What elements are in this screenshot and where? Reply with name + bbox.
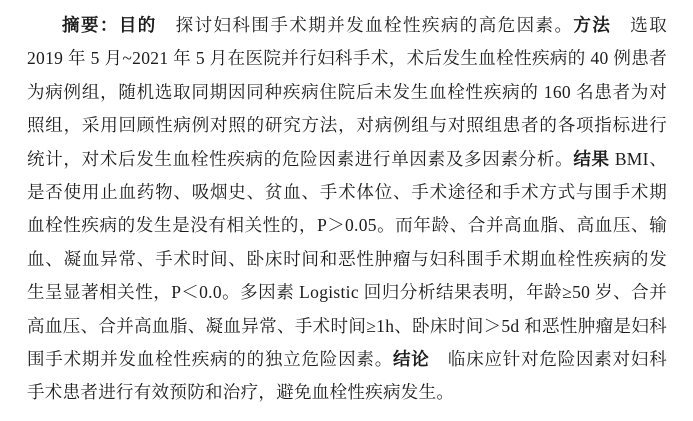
abstract-text: 探讨妇科围手术期并发血栓性疾病的高危因素。 [157, 15, 574, 35]
abstract-page: 摘要：目的 探讨妇科围手术期并发血栓性疾病的高危因素。方法 选取 2019 年 … [0, 0, 693, 421]
section-heading: 结论 [393, 349, 430, 369]
abstract-text: BMI、是否使用止血药物、吸烟史、贫血、手术体位、手术途径和手术方式与围手术期血… [27, 149, 667, 369]
section-heading: 方法 [573, 15, 611, 35]
section-heading: 结果 [573, 149, 609, 169]
section-heading: 摘要：目的 [62, 15, 157, 35]
abstract-paragraph: 摘要：目的 探讨妇科围手术期并发血栓性疾病的高危因素。方法 选取 2019 年 … [27, 9, 667, 410]
abstract-text: 选取 2019 年 5 月~2021 年 5 月在医院并行妇科手术，术后发生血栓… [27, 15, 667, 169]
